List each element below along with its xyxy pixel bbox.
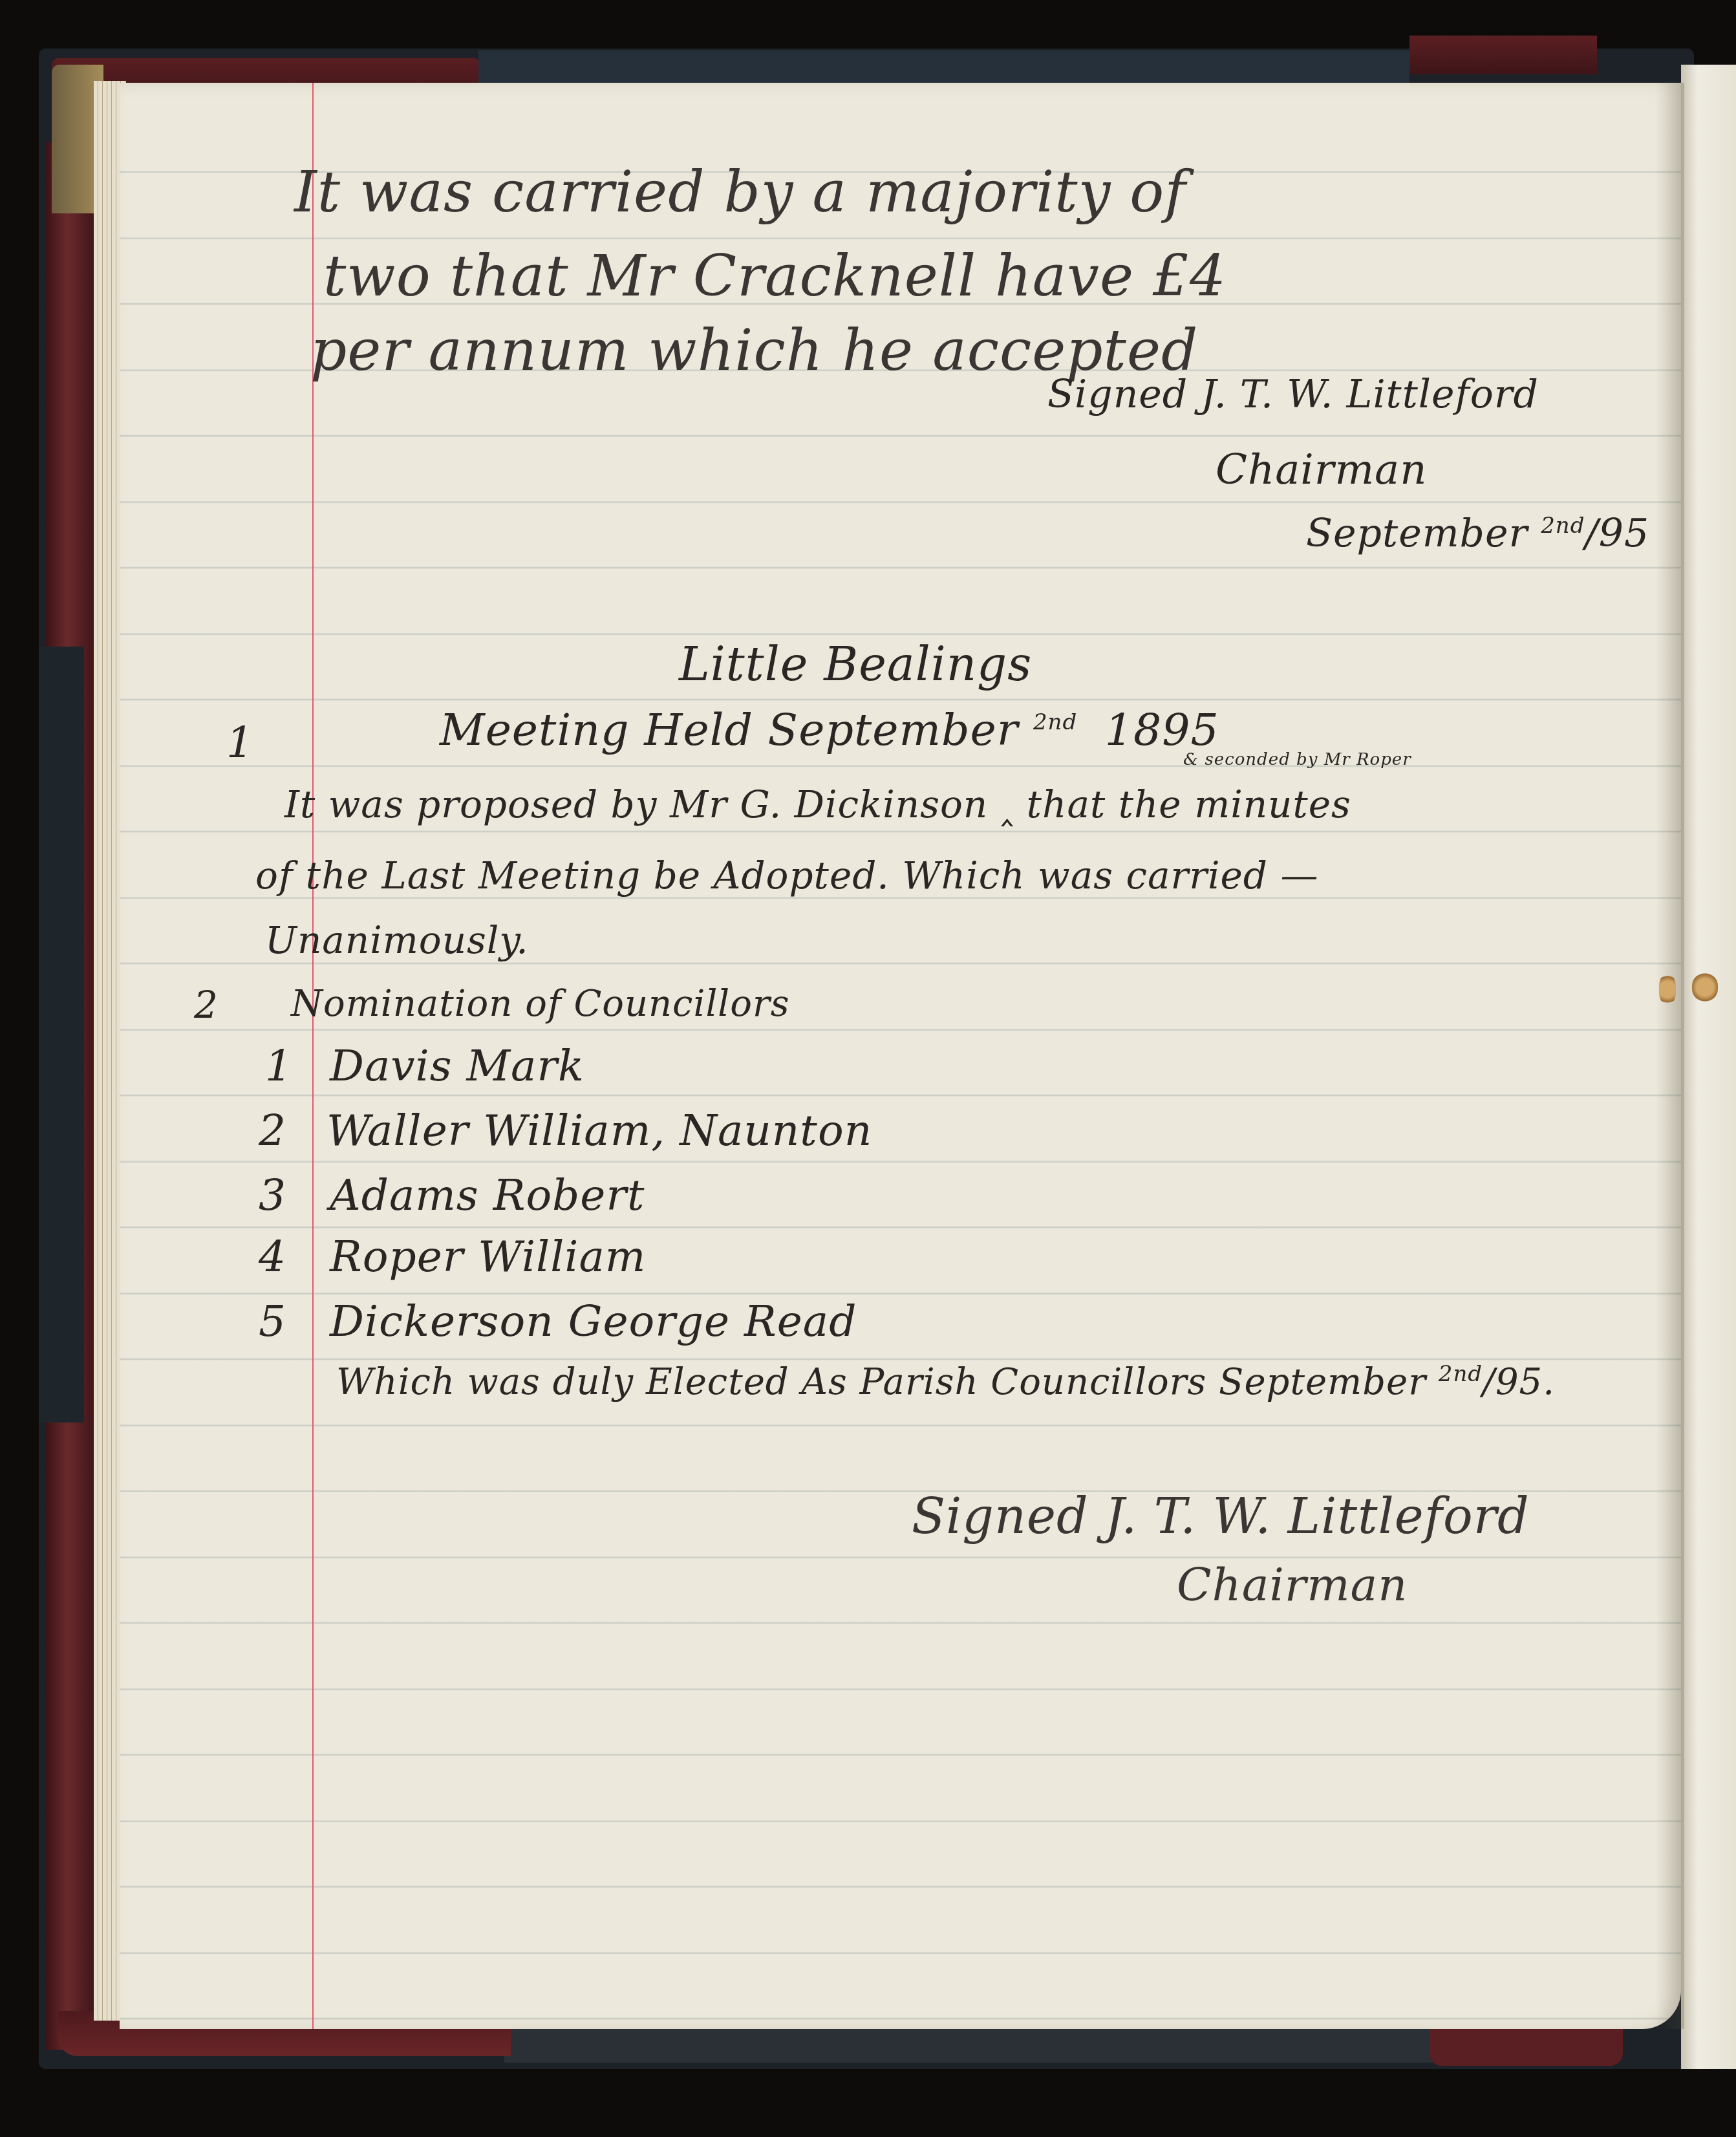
previous-signature-title: Chairman: [1216, 446, 1427, 494]
nominee-number: 1: [265, 1041, 293, 1091]
item-1-line-3: Unanimously.: [265, 918, 529, 962]
date-month: September: [1306, 511, 1528, 556]
item-1-line-1: It was proposed by Mr G. Dickinson ‸ tha…: [284, 782, 1351, 826]
nominee-number: 3: [259, 1170, 286, 1220]
leather-binding-top-right: [1409, 36, 1597, 74]
nominee-name: Davis Mark: [330, 1041, 584, 1091]
previous-signature: Signed J. T. W. Littleford: [1047, 372, 1539, 417]
cloth-binding-left: [39, 647, 84, 1423]
item-1-line-2: of the Last Meeting be Adopted. Which wa…: [255, 854, 1318, 897]
date-day: 2nd: [1541, 513, 1585, 539]
meeting-title: Meeting Held September: [440, 705, 1018, 756]
nominee-number: 2: [259, 1106, 286, 1155]
meeting-day: 2nd: [1033, 709, 1077, 735]
foxing-stain: [1659, 973, 1676, 1005]
nominee-name: Waller William, Naunton: [327, 1106, 872, 1155]
meeting-heading: Little Bealings: [679, 637, 1032, 691]
conclusion-year: /95.: [1483, 1361, 1555, 1403]
date-year: /95: [1585, 511, 1650, 556]
previous-entry-line-1: It was carried by a majority of: [294, 158, 1186, 225]
previous-signature-date: September 2nd/95: [1306, 511, 1649, 556]
facing-page-edge: [1681, 65, 1736, 2069]
gutter-shadow: [1655, 83, 1684, 2029]
nominee-name: Adams Robert: [330, 1170, 645, 1220]
closing-signature: Signed J. T. W. Littleford: [912, 1487, 1530, 1545]
closing-signature-title: Chairman: [1177, 1558, 1408, 1611]
nominee-number: 5: [259, 1296, 286, 1346]
foxing-stain: [1692, 973, 1718, 1002]
conclusion-text: Which was duly Elected As Parish Council…: [336, 1361, 1426, 1403]
item-number-1: 1: [226, 718, 254, 768]
previous-entry-line-2: two that Mr Cracknell have £4: [323, 242, 1227, 309]
conclusion-day: 2nd: [1439, 1361, 1483, 1387]
nominee-name: Dickerson George Read: [330, 1296, 857, 1346]
election-conclusion: Which was duly Elected As Parish Council…: [336, 1361, 1555, 1403]
item-2-title: Nomination of Councillors: [291, 983, 789, 1025]
item-1-title: Meeting Held September 2nd 1895: [440, 705, 1219, 756]
insertion-note: & seconded by Mr Roper: [1183, 750, 1411, 769]
nominee-name: Roper William: [330, 1232, 646, 1282]
meeting-year: 1895: [1105, 705, 1219, 756]
nominee-number: 4: [259, 1232, 286, 1282]
item-number-2: 2: [194, 983, 219, 1027]
